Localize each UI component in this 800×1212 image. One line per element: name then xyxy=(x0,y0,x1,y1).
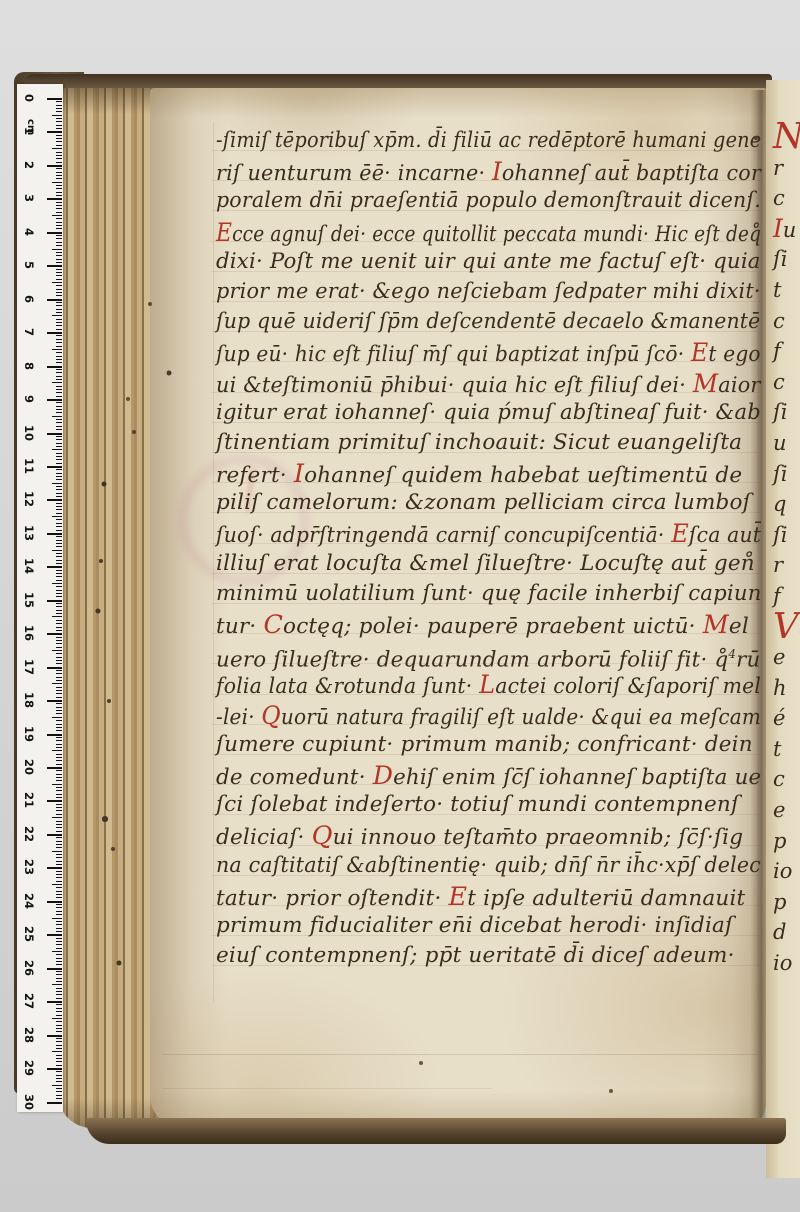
ruler-number: 30 xyxy=(21,1093,37,1111)
ruler-tick xyxy=(56,513,62,514)
ruler-tick xyxy=(56,670,62,671)
manuscript-text-line: prior me erat· &ego neſciebam ſedpater m… xyxy=(216,277,742,307)
text-segment: na caſtitatiſ &abſtinentię· quib; dn̄ſ n… xyxy=(216,853,761,878)
ruler-tick xyxy=(47,433,62,435)
ruler-tick xyxy=(52,1051,62,1052)
ruler-tick xyxy=(56,810,62,811)
ruler-tick xyxy=(56,580,62,581)
ruler-tick xyxy=(56,994,62,995)
ruler-number: 2 xyxy=(21,156,37,174)
ruler-tick xyxy=(56,737,62,738)
page-crease xyxy=(162,1088,492,1089)
ruler-tick xyxy=(47,499,62,501)
ruler-tick xyxy=(56,1015,62,1016)
ruler-tick xyxy=(52,951,62,952)
text-segment: tur· xyxy=(216,614,263,639)
ruler-tick xyxy=(56,777,62,778)
ruler-tick xyxy=(56,814,62,815)
text-segment: ui &teſtimoniū p̄hibui· quia hic eſt fil… xyxy=(216,373,693,398)
ruler-tick xyxy=(56,690,62,691)
text-segment: ui innouo teſtam̄to praeomnib; ſc̄ſ·ſig xyxy=(333,825,744,850)
rubric-initial: N xyxy=(773,116,800,157)
text-segment: eiuſ contempnenſ; pp̄t ueritatē d̄i dice… xyxy=(216,943,735,968)
ruler-tick xyxy=(56,596,62,597)
ruler-tick xyxy=(56,981,62,982)
ruler-tick xyxy=(56,754,62,755)
ruler-tick xyxy=(56,1065,62,1066)
rubric-initial: L xyxy=(479,669,495,699)
ruler-tick xyxy=(56,188,62,189)
rubric-initial: Q xyxy=(312,820,333,850)
ruler-tick xyxy=(56,269,62,270)
manuscript-text-line: folia lata &rotunda ſunt· Lactei coloriſ… xyxy=(216,669,733,699)
ruler-tick xyxy=(56,312,62,313)
text-segment: -lei· xyxy=(216,705,261,730)
ruler-tick xyxy=(56,429,62,430)
ruler-tick xyxy=(56,469,62,470)
ruler-tick xyxy=(56,643,62,644)
ruler-tick xyxy=(56,422,62,423)
ruler-tick xyxy=(56,493,62,494)
text-segment: ſtinentiam primituſ inchoauit: Sicut eua… xyxy=(216,430,742,455)
ruler-tick xyxy=(56,322,62,323)
facing-page-text-fragment: r xyxy=(766,550,800,581)
ruler-tick xyxy=(56,610,62,611)
ruler-number: 15 xyxy=(21,591,37,609)
ruler-tick xyxy=(56,871,62,872)
rubric-initial: Q xyxy=(261,700,281,730)
ruler-tick xyxy=(56,954,62,955)
ruler-number: 18 xyxy=(21,691,37,709)
ruler-tick xyxy=(56,302,62,303)
ruler-tick xyxy=(56,553,62,554)
ruler-tick xyxy=(56,744,62,745)
ruler-tick xyxy=(56,292,62,293)
ruler-tick xyxy=(56,887,62,888)
ruler-tick xyxy=(56,697,62,698)
ruler-tick xyxy=(56,208,62,209)
ruler-tick xyxy=(47,734,62,736)
text-segment: ſumere cupiunt· primum manib; confricant… xyxy=(216,732,753,757)
ruler-tick xyxy=(56,807,62,808)
ruler-tick xyxy=(56,222,62,223)
ruler-tick xyxy=(56,948,62,949)
ruler-tick xyxy=(52,516,62,517)
ruler-tick xyxy=(56,978,62,979)
ruler-tick xyxy=(56,101,62,102)
ruler-tick xyxy=(52,449,62,450)
ruler-tick xyxy=(47,600,62,602)
ruler-tick xyxy=(52,851,62,852)
text-segment: uorū natura fragiliſ eſt ualde· &qui ea … xyxy=(281,705,761,730)
ruler-tick xyxy=(56,804,62,805)
ruler-tick xyxy=(56,168,62,169)
ruler-tick xyxy=(47,800,62,802)
text-segment: c xyxy=(773,767,785,791)
ruler-tick xyxy=(56,238,62,239)
text-segment: h xyxy=(773,676,787,700)
ruler-tick xyxy=(56,473,62,474)
ruler-tick xyxy=(56,369,62,370)
ruler-tick xyxy=(56,660,62,661)
ruler-tick xyxy=(47,1001,62,1003)
ruler-tick xyxy=(56,928,62,929)
ruler-tick xyxy=(56,707,62,708)
ruler-tick xyxy=(56,891,62,892)
text-segment: folia lata &rotunda ſunt· xyxy=(216,674,479,699)
text-segment: ſup quē uideriſ ſp̄m deſcendentē decaelo… xyxy=(216,309,760,334)
ruler-tick xyxy=(56,1008,62,1009)
ruler-tick xyxy=(56,412,62,413)
ruler-tick xyxy=(56,352,62,353)
ruler-tick xyxy=(56,703,62,704)
ruler-tick xyxy=(56,757,62,758)
ruler-tick xyxy=(56,637,62,638)
ruler-number: 5 xyxy=(21,256,37,274)
ruler-tick xyxy=(56,627,62,628)
ruler-tick xyxy=(56,861,62,862)
text-segment: ſuoſ· adpr̄ſtringendā carniſ concupiſcen… xyxy=(216,523,671,548)
text-segment: r xyxy=(773,553,783,577)
ruler-tick xyxy=(56,175,62,176)
ruler-tick xyxy=(56,673,62,674)
manuscript-text-line: ſumere cupiunt· primum manib; confricant… xyxy=(216,730,761,760)
ruler-tick xyxy=(52,984,62,985)
ruler-tick xyxy=(52,115,62,116)
ruler-tick xyxy=(52,616,62,617)
facing-page-text-fragment: Vo xyxy=(766,612,800,643)
ruler-tick xyxy=(52,717,62,718)
ruler-tick xyxy=(56,770,62,771)
text-segment: el xyxy=(729,614,749,639)
ruler-tick xyxy=(56,295,62,296)
ruler-tick xyxy=(56,372,62,373)
ruler-tick xyxy=(56,158,62,159)
facing-page-text-fragment: r xyxy=(766,153,800,184)
ruler-tick xyxy=(56,359,62,360)
ruler-number: 16 xyxy=(21,624,37,642)
ruler-tick xyxy=(56,439,62,440)
ruler-number: 12 xyxy=(21,490,37,508)
ruler-tick xyxy=(56,242,62,243)
manuscript-text-line: na caſtitatiſ &abſtinentię· quib; dn̄ſ n… xyxy=(216,851,737,881)
ruler-tick xyxy=(56,573,62,574)
ruler-tick xyxy=(56,760,62,761)
ruler-tick xyxy=(47,968,62,970)
ruler-tick xyxy=(56,904,62,905)
text-segment: c xyxy=(773,186,785,210)
ruler-number: 10 xyxy=(21,424,37,442)
ruler-tick xyxy=(56,730,62,731)
ruler-tick xyxy=(56,613,62,614)
text-segment: ſi xyxy=(773,462,788,486)
facing-page-text-fragment: c xyxy=(766,306,800,337)
ruler-number: 26 xyxy=(21,959,37,977)
ruler-number: 4 xyxy=(21,223,37,241)
manuscript-text-line: igitur erat iohanneſ· quia ṕmuſ abſtinea… xyxy=(216,398,751,428)
ruler-tick xyxy=(56,857,62,858)
manuscript-text-line: riſ uenturum ēē· incarne· Iohanneſ aut̄ … xyxy=(216,156,741,186)
ruler-tick xyxy=(56,1088,62,1089)
ruler-tick xyxy=(52,583,62,584)
ruler-number: 0 xyxy=(21,89,37,107)
ruler-tick xyxy=(56,530,62,531)
ruler-tick xyxy=(56,907,62,908)
ruler-tick xyxy=(56,155,62,156)
ruler-tick xyxy=(56,456,62,457)
ruler-tick xyxy=(56,356,62,357)
ruler-tick xyxy=(56,724,62,725)
ruler-tick xyxy=(56,486,62,487)
manuscript-text-line: ſup quē uideriſ ſp̄m deſcendentē decaelo… xyxy=(216,307,733,337)
ruler-tick xyxy=(56,376,62,377)
ruler-tick xyxy=(56,570,62,571)
ruler-tick xyxy=(56,640,62,641)
manuscript-text-line: de comedunt· Dehiſ enim ſc̄ſ iohanneſ ba… xyxy=(216,760,757,790)
text-segment: illiuſ erat locuſta &mel ſilueſtre· Locu… xyxy=(216,551,755,576)
ruling-line-left xyxy=(213,122,214,1002)
text-segment: t ipſe adulteriū damnauit xyxy=(467,886,745,911)
ruler-tick xyxy=(56,713,62,714)
ruler-tick xyxy=(56,1025,62,1026)
ruler-tick xyxy=(56,747,62,748)
ruler-tick xyxy=(56,974,62,975)
text-segment: piliſ camelorum: &zonam pelliciam circa … xyxy=(216,490,751,515)
text-segment: primum fiducialiter en̄i dicebat herodi·… xyxy=(216,913,733,938)
ruler-tick xyxy=(56,563,62,564)
ruler-tick xyxy=(56,824,62,825)
ruler-tick xyxy=(56,325,62,326)
manuscript-text-line: piliſ camelorum: &zonam pelliciam circa … xyxy=(216,488,761,518)
rubric-initial: E xyxy=(216,217,232,247)
facing-page-text-fragment: ſi xyxy=(766,459,800,490)
text-segment: deliciaſ· xyxy=(216,825,312,850)
ruler-tick xyxy=(56,339,62,340)
ruler-tick xyxy=(56,864,62,865)
ruler-tick xyxy=(56,362,62,363)
ruler-tick xyxy=(56,526,62,527)
ruler-number: 9 xyxy=(21,390,37,408)
ruler-tick xyxy=(56,774,62,775)
ruler-tick xyxy=(56,1041,62,1042)
facing-page-text-fragment: ſi xyxy=(766,520,800,551)
ruler-tick xyxy=(56,653,62,654)
ruler-tick xyxy=(56,202,62,203)
text-segment: u xyxy=(773,431,787,455)
facing-page-text-fragment: f xyxy=(766,336,800,367)
ruler-tick xyxy=(56,118,62,119)
ruler-tick xyxy=(56,406,62,407)
manuscript-text-line: uero ſilueſtre· dequarundam arborū folii… xyxy=(216,639,759,669)
ruler-tick xyxy=(56,911,62,912)
facing-page-text-fragment: t xyxy=(766,275,800,306)
ruler-tick xyxy=(56,1098,62,1099)
ruler-tick xyxy=(52,750,62,751)
ruler-tick xyxy=(56,630,62,631)
ruler-tick xyxy=(56,496,62,497)
ruler-tick xyxy=(47,299,62,301)
ruler-tick xyxy=(47,533,62,535)
text-segment: u xyxy=(783,218,797,242)
text-segment: riſ uenturum ēē· incarne· xyxy=(216,161,492,186)
ruler-tick xyxy=(56,894,62,895)
ruler-tick xyxy=(56,255,62,256)
ruler-tick xyxy=(56,931,62,932)
text-segment: octęq; polei· pauperē praebent uictū· xyxy=(283,614,703,639)
ruler-tick xyxy=(56,821,62,822)
ruler-number: 23 xyxy=(21,858,37,876)
ruler-tick xyxy=(56,727,62,728)
text-segment: aior xyxy=(718,373,760,398)
ruler-tick xyxy=(56,121,62,122)
ruler-tick xyxy=(56,128,62,129)
ruler-tick xyxy=(56,924,62,925)
ruler-tick xyxy=(52,382,62,383)
text-segment: de comedunt· xyxy=(216,765,373,790)
facing-page-text-fragment: u xyxy=(766,428,800,459)
ruler-tick xyxy=(52,249,62,250)
ruler-tick xyxy=(47,667,62,669)
manuscript-text-line: primum fiducialiter en̄i dicebat herodi·… xyxy=(216,911,761,941)
text-segment: ohanneſ quidem habebat ueſtimentū de xyxy=(304,463,742,488)
ruler-tick xyxy=(52,148,62,149)
rubric-initial: I xyxy=(294,458,304,488)
ruler-tick xyxy=(56,841,62,842)
ruler-tick xyxy=(56,1048,62,1049)
ruler-tick xyxy=(56,459,62,460)
ruler-tick xyxy=(56,453,62,454)
ruler-number: 14 xyxy=(21,557,37,575)
ruler-tick xyxy=(47,700,62,702)
ruler-tick xyxy=(56,720,62,721)
ruler-tick xyxy=(56,546,62,547)
text-segment: ſci ſolebat indeſerto· totiuſ mundi cont… xyxy=(216,792,739,817)
ruler-tick xyxy=(56,764,62,765)
text-segment: ſca aut̄ xyxy=(689,523,761,548)
facing-page-text-fragment: c xyxy=(766,764,800,795)
text-segment: p xyxy=(773,829,786,853)
ruler-tick xyxy=(56,111,62,112)
ruler-tick xyxy=(56,877,62,878)
ruler-number: 3 xyxy=(21,189,37,207)
manuscript-text-line: -ſimiſ tēporibuſ xp̄m. d̄i filiū ac redē… xyxy=(216,126,705,156)
ruler-tick xyxy=(56,620,62,621)
ruler-tick xyxy=(56,446,62,447)
ruler-tick xyxy=(56,125,62,126)
ruler-tick xyxy=(56,329,62,330)
ruler-tick xyxy=(56,710,62,711)
text-segment: ſi xyxy=(773,247,788,271)
text-segment: prior me erat· &ego neſciebam ſedpater m… xyxy=(216,279,761,304)
ruler-tick xyxy=(56,476,62,477)
ruler-number: 21 xyxy=(21,791,37,809)
facing-page-text-fragment: h xyxy=(766,673,800,704)
ruler-tick xyxy=(56,1061,62,1062)
ruler-number: 19 xyxy=(21,725,37,743)
ruler-tick xyxy=(56,419,62,420)
ruler-tick xyxy=(56,593,62,594)
ruler-tick xyxy=(56,245,62,246)
ruler-tick xyxy=(56,1031,62,1032)
ink-specks xyxy=(0,0,2,2)
ruler-tick xyxy=(56,285,62,286)
text-segment: e xyxy=(773,798,785,822)
ruler-tick xyxy=(56,536,62,537)
ruler-tick xyxy=(56,252,62,253)
text-segment: ſi xyxy=(773,523,788,547)
ruler-number: 11 xyxy=(21,457,37,475)
ruler-tick xyxy=(56,797,62,798)
ruler-tick xyxy=(47,1102,62,1104)
ruler-tick xyxy=(52,483,62,484)
rubric-initial: D xyxy=(373,760,393,790)
ruler-tick xyxy=(56,1028,62,1029)
ruler-tick xyxy=(56,305,62,306)
text-segment: actei coloriſ &ſaporiſ mel xyxy=(495,674,761,699)
ruler-tick xyxy=(56,409,62,410)
ruler-tick xyxy=(56,225,62,226)
ruler-tick xyxy=(56,506,62,507)
ruler-tick xyxy=(52,784,62,785)
text-segment: d xyxy=(773,920,786,944)
manuscript-text-line: tur· Coctęq; polei· pauperē praebent uic… xyxy=(216,609,761,639)
ruler-tick xyxy=(47,232,62,234)
facing-page-text-fragment: d xyxy=(766,917,800,948)
ruler-tick xyxy=(47,131,62,133)
ruler-tick xyxy=(56,647,62,648)
text-segment: t ego xyxy=(708,342,760,367)
manuscript-text-line: ſci ſolebat indeſerto· totiuſ mundi cont… xyxy=(216,790,761,820)
facing-page-text-fragment: p xyxy=(766,826,800,857)
facing-page-text-fragment: N xyxy=(766,122,800,153)
ruler-tick xyxy=(56,1011,62,1012)
ruler-tick xyxy=(56,259,62,260)
ruler-tick xyxy=(56,1078,62,1079)
ruler-tick xyxy=(56,342,62,343)
manuscript-text-line: ſup eū· hic eſt filiuſ m̄ſ qui baptizat … xyxy=(216,337,726,367)
ruler-tick xyxy=(56,556,62,557)
facing-page-text-fragment: é xyxy=(766,703,800,734)
text-segment: ohanneſ aut̄ baptiſta cor xyxy=(502,161,761,186)
ruler-tick xyxy=(56,192,62,193)
text-segment: f xyxy=(773,584,781,608)
ruler-tick xyxy=(47,867,62,869)
ruler-tick xyxy=(56,135,62,136)
ruler-tick xyxy=(56,235,62,236)
manuscript-text-line: Ecce agnuſ dei· ecce quitollit peccata m… xyxy=(216,217,685,247)
ruler-tick xyxy=(56,847,62,848)
ruler-tick xyxy=(56,479,62,480)
rubric-initial: V xyxy=(773,606,799,647)
manuscript-text-line: ſtinentiam primituſ inchoauit: Sicut eua… xyxy=(216,428,761,458)
text-segment: ſi xyxy=(773,400,788,424)
facing-page-text-fragment: q xyxy=(766,489,800,520)
text-segment: f xyxy=(773,339,781,363)
ruler-number: 1 xyxy=(21,122,37,140)
ruler-tick xyxy=(56,402,62,403)
ruler-tick xyxy=(56,543,62,544)
ruler-tick xyxy=(56,657,62,658)
ruler-tick xyxy=(47,366,62,368)
text-segment: tatur· prior oſtendit· xyxy=(216,886,449,911)
ruler-tick xyxy=(56,489,62,490)
ruler-tick xyxy=(52,349,62,350)
ruler-tick xyxy=(56,576,62,577)
ruler-number: 20 xyxy=(21,758,37,776)
manuscript-text-line: illiuſ erat locuſta &mel ſilueſtre· Locu… xyxy=(216,549,761,579)
ruler-tick xyxy=(52,550,62,551)
ruler-tick xyxy=(56,463,62,464)
